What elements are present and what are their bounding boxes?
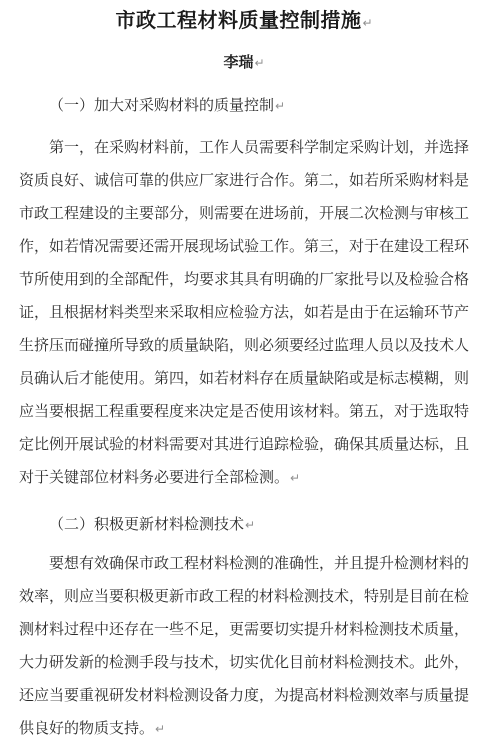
author-line: 李瑞↵	[19, 52, 469, 74]
paragraph-mark-icon: ↵	[274, 99, 285, 113]
document-page: 市政工程材料质量控制措施↵ 李瑞↵ （一）加大对采购材料的质量控制↵ 第一，在采…	[0, 0, 488, 743]
section-1-paragraph: 第一，在采购材料前，工作人员需要科学制定采购计划，并选择资质良好、诚信可靠的供应…	[19, 132, 469, 495]
section-1-heading-text: （一）加大对采购材料的质量控制	[49, 98, 274, 114]
paragraph-mark-icon: ↵	[154, 722, 165, 736]
section-2-heading: （二）积极更新材料检测技术↵	[19, 514, 469, 536]
paragraph-mark-icon: ↵	[361, 16, 372, 30]
paragraph-mark-icon: ↵	[244, 518, 255, 532]
paragraph-mark-icon: ↵	[253, 56, 264, 70]
section-2-paragraph-text: 要想有效确保市政工程材料检测的准确性，并且提升检测材料的效率，则应当要积极更新市…	[19, 556, 469, 737]
page-title: 市政工程材料质量控制措施↵	[19, 8, 469, 36]
section-1-paragraph-text: 第一，在采购材料前，工作人员需要科学制定采购计划，并选择资质良好、诚信可靠的供应…	[19, 140, 469, 486]
section-1-heading: （一）加大对采购材料的质量控制↵	[19, 95, 469, 117]
author-name: 李瑞	[223, 55, 253, 71]
section-2-paragraph: 要想有效确保市政工程材料检测的准确性，并且提升检测材料的效率，则应当要积极更新市…	[19, 548, 469, 743]
paragraph-mark-icon: ↵	[289, 471, 300, 485]
section-2-heading-text: （二）积极更新材料检测技术	[49, 517, 244, 533]
document-title-text: 市政工程材料质量控制措施	[115, 10, 361, 32]
